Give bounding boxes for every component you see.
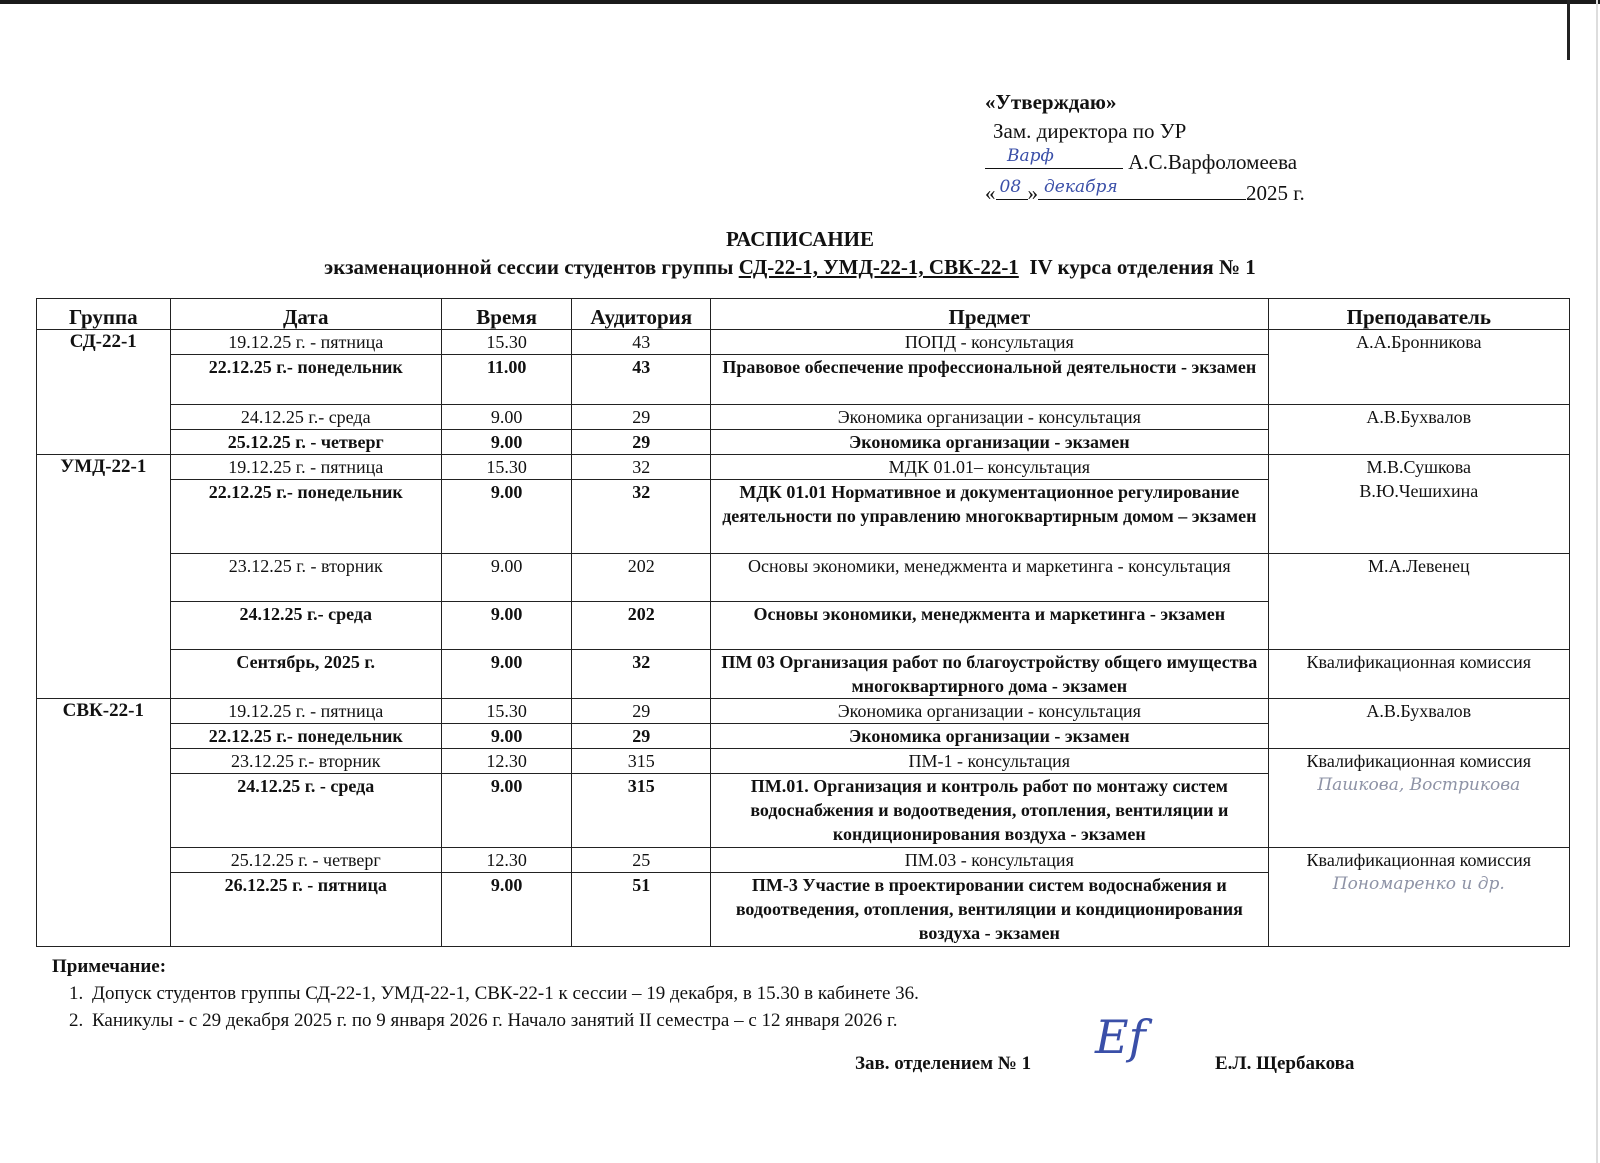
cell-group: СВК-22-1 <box>37 699 171 947</box>
cell-date: 23.12.25 г. - вторник <box>170 554 441 602</box>
cell-subject: ПМ-1 - консультация <box>711 749 1269 774</box>
cell-time: 11.00 <box>441 355 572 405</box>
cell-room: 315 <box>572 774 711 848</box>
teacher-name: Квалификационная комиссия <box>1275 749 1563 773</box>
cell-time: 15.30 <box>441 699 572 724</box>
cell-room: 315 <box>572 749 711 774</box>
cell-time: 9.00 <box>441 724 572 749</box>
note-item: Каникулы - с 29 декабря 2025 г. по 9 янв… <box>88 1007 919 1034</box>
approval-date: «08»декабря2025 г. <box>985 177 1305 208</box>
cell-date: 25.12.25 г. - четверг <box>170 848 441 873</box>
cell-teacher: А.В.Бухвалов <box>1268 699 1569 749</box>
cell-time: 12.30 <box>441 749 572 774</box>
header-teacher: Преподаватель <box>1268 299 1569 330</box>
cell-subject: ПОПД - консультация <box>711 330 1269 355</box>
teacher-name: А.В.Бухвалов <box>1275 405 1563 429</box>
cell-subject: Основы экономики, менеджмента и маркетин… <box>711 554 1269 602</box>
cell-date: Сентябрь, 2025 г. <box>170 650 441 699</box>
handwritten-signature-head: Еf <box>1095 1010 1146 1064</box>
cell-room: 43 <box>572 355 711 405</box>
header-time: Время <box>441 299 572 330</box>
subtitle-suffix: IV курса отделения № 1 <box>1029 255 1256 279</box>
teacher-name: А.А.Бронникова <box>1275 330 1563 354</box>
cell-room: 29 <box>572 699 711 724</box>
cell-time: 9.00 <box>441 405 572 430</box>
cell-subject: ПМ-3 Участие в проектировании систем вод… <box>711 873 1269 947</box>
cell-date: 25.12.25 г. - четверг <box>170 430 441 455</box>
scan-edge-top <box>0 0 1600 4</box>
cell-room: 202 <box>572 602 711 650</box>
cell-date: 23.12.25 г.- вторник <box>170 749 441 774</box>
teacher-name: Квалификационная комиссия <box>1275 650 1563 674</box>
cell-date: 19.12.25 г. - пятница <box>170 330 441 355</box>
cell-teacher: Квалификационная комиссияПашкова, Востри… <box>1268 749 1569 848</box>
cell-subject: МДК 01.01 Нормативное и документационное… <box>711 480 1269 554</box>
cell-room: 32 <box>572 480 711 554</box>
cell-room: 43 <box>572 330 711 355</box>
cell-time: 12.30 <box>441 848 572 873</box>
header-subject: Предмет <box>711 299 1269 330</box>
table-row: СВК-22-119.12.25 г. - пятница15.3029Экон… <box>37 699 1570 724</box>
table-row: УМД-22-119.12.25 г. - пятница15.3032МДК … <box>37 455 1570 480</box>
signoff-position: Зав. отделением № 1 <box>855 1053 1031 1075</box>
cell-date: 24.12.25 г.- среда <box>170 602 441 650</box>
table-row: 23.12.25 г. - вторник9.00202Основы эконо… <box>37 554 1570 602</box>
teacher-name-2: В.Ю.Чешихина <box>1275 479 1563 503</box>
cell-room: 29 <box>572 405 711 430</box>
cell-subject: ПМ 03 Организация работ по благоустройст… <box>711 650 1269 699</box>
header-room: Аудитория <box>572 299 711 330</box>
cell-subject: ПМ.01. Организация и контроль работ по м… <box>711 774 1269 848</box>
approval-signature-line: Варф А.С.Варфоломеева <box>985 146 1305 177</box>
cell-time: 15.30 <box>441 455 572 480</box>
table-body: СД-22-119.12.25 г. - пятница15.3043ПОПД … <box>37 330 1570 947</box>
header-group: Группа <box>37 299 171 330</box>
table-row: 24.12.25 г.- среда9.0029Экономика органи… <box>37 405 1570 430</box>
cell-teacher: Квалификационная комиссияПономаренко и д… <box>1268 848 1569 947</box>
cell-room: 29 <box>572 724 711 749</box>
header-date: Дата <box>170 299 441 330</box>
cell-room: 29 <box>572 430 711 455</box>
cell-teacher: М.А.Левенец <box>1268 554 1569 650</box>
approval-block: «Утверждаю» Зам. директора по УР Варф А.… <box>985 88 1305 208</box>
cell-teacher: А.А.Бронникова <box>1268 330 1569 405</box>
cell-subject: Основы экономики, менеджмента и маркетин… <box>711 602 1269 650</box>
signature-blank: Варф <box>985 146 1123 169</box>
cell-room: 25 <box>572 848 711 873</box>
cell-time: 9.00 <box>441 602 572 650</box>
cell-room: 51 <box>572 873 711 947</box>
cell-time: 9.00 <box>441 554 572 602</box>
cell-date: 24.12.25 г. - среда <box>170 774 441 848</box>
cell-time: 9.00 <box>441 480 572 554</box>
table-row: СД-22-119.12.25 г. - пятница15.3043ПОПД … <box>37 330 1570 355</box>
note-item: Допуск студентов группы СД-22-1, УМД-22-… <box>88 980 919 1007</box>
notes-header: Примечание: <box>52 953 919 980</box>
cell-room: 32 <box>572 455 711 480</box>
cell-time: 9.00 <box>441 650 572 699</box>
table-header-row: Группа Дата Время Аудитория Предмет Преп… <box>37 299 1570 330</box>
cell-teacher: А.В.Бухвалов <box>1268 405 1569 455</box>
cell-subject: Экономика организации - экзамен <box>711 430 1269 455</box>
cell-subject: ПМ.03 - консультация <box>711 848 1269 873</box>
notes-list: Допуск студентов группы СД-22-1, УМД-22-… <box>52 980 919 1034</box>
cell-time: 9.00 <box>441 774 572 848</box>
cell-subject: МДК 01.01– консультация <box>711 455 1269 480</box>
teacher-name: М.В.Сушкова <box>1275 455 1563 479</box>
cell-time: 9.00 <box>441 873 572 947</box>
cell-subject: Экономика организации - консультация <box>711 699 1269 724</box>
handwritten-note: Пономаренко и др. <box>1275 872 1563 896</box>
cell-subject: Правовое обеспечение профессиональной де… <box>711 355 1269 405</box>
approval-heading: «Утверждаю» <box>985 88 1305 117</box>
cell-subject: Экономика организации - консультация <box>711 405 1269 430</box>
signoff-name: Е.Л. Щербакова <box>1215 1053 1354 1075</box>
cell-subject: Экономика организации - экзамен <box>711 724 1269 749</box>
cell-group: УМД-22-1 <box>37 455 171 699</box>
cell-teacher: Квалификационная комиссия <box>1268 650 1569 699</box>
cell-date: 22.12.25 г.- понедельник <box>170 724 441 749</box>
teacher-name: М.А.Левенец <box>1275 554 1563 578</box>
table-row: Сентябрь, 2025 г.9.0032ПМ 03 Организация… <box>37 650 1570 699</box>
teacher-name: А.В.Бухвалов <box>1275 699 1563 723</box>
subtitle-groups: СД-22-1, УМД-22-1, СВК-22-1 <box>739 255 1019 279</box>
cell-room: 202 <box>572 554 711 602</box>
approval-signer: А.С.Варфоломеева <box>1128 150 1297 174</box>
date-month-blank: декабря <box>1038 177 1246 200</box>
notes-block: Примечание: Допуск студентов группы СД-2… <box>52 953 919 1034</box>
handwritten-day: 08 <box>1000 173 1022 202</box>
scan-edge-shadow <box>1596 0 1598 1163</box>
handwritten-note: Пашкова, Вострикова <box>1275 773 1563 797</box>
cell-group: СД-22-1 <box>37 330 171 455</box>
cell-date: 26.12.25 г. - пятница <box>170 873 441 947</box>
cell-date: 24.12.25 г.- среда <box>170 405 441 430</box>
approval-year: 2025 г. <box>1246 181 1305 205</box>
document-subtitle: экзаменационной сессии студентов группы … <box>0 255 1590 280</box>
date-day-blank: 08 <box>996 177 1028 200</box>
scan-edge-right <box>1567 0 1570 60</box>
subtitle-prefix: экзаменационной сессии студентов группы <box>324 255 733 279</box>
cell-date: 22.12.25 г.- понедельник <box>170 355 441 405</box>
handwritten-month: декабря <box>1044 173 1118 202</box>
table-row: 23.12.25 г.- вторник12.30315ПМ-1 - консу… <box>37 749 1570 774</box>
cell-date: 19.12.25 г. - пятница <box>170 455 441 480</box>
exam-schedule-table: Группа Дата Время Аудитория Предмет Преп… <box>36 298 1570 947</box>
table-row: 25.12.25 г. - четверг12.3025ПМ.03 - конс… <box>37 848 1570 873</box>
cell-room: 32 <box>572 650 711 699</box>
cell-teacher: М.В.СушковаВ.Ю.Чешихина <box>1268 455 1569 554</box>
teacher-name: Квалификационная комиссия <box>1275 848 1563 872</box>
document-title: РАСПИСАНИЕ <box>0 227 1600 252</box>
cell-time: 9.00 <box>441 430 572 455</box>
cell-date: 19.12.25 г. - пятница <box>170 699 441 724</box>
handwritten-signature: Варф <box>1007 142 1054 171</box>
cell-time: 15.30 <box>441 330 572 355</box>
cell-date: 22.12.25 г.- понедельник <box>170 480 441 554</box>
